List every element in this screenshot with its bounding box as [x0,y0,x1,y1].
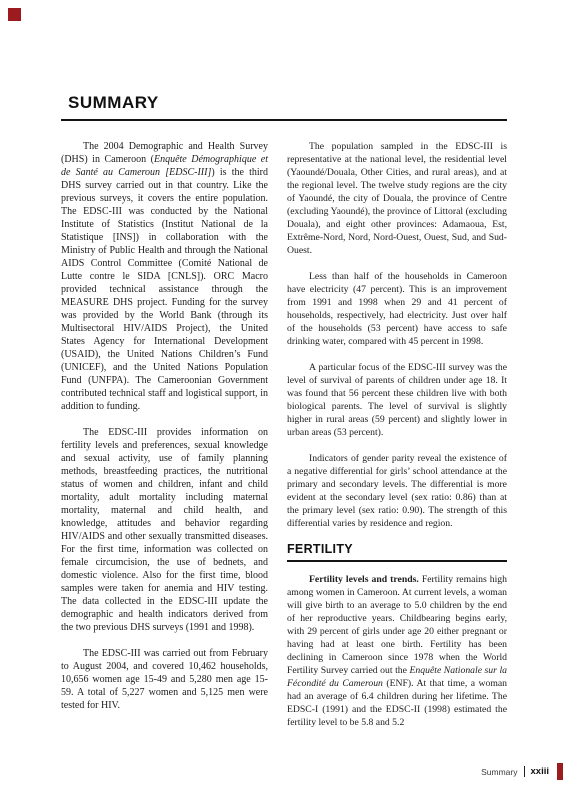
paragraph: The EDSC-III was carried out from Februa… [61,647,268,712]
fertility-section-body: Fertility levels and trends. Fertility r… [287,573,507,729]
paragraph: The 2004 Demographic and Health Survey (… [61,140,268,413]
text-run: The population sampled in the EDSC-III i… [287,141,507,256]
text-run: The EDSC-III was carried out from Februa… [61,648,268,711]
text-run: The EDSC-III provides information on fer… [61,427,268,633]
two-column-body: The 2004 Demographic and Health Survey (… [61,140,507,742]
text-run: Fertility remains high among women in Ca… [287,574,507,676]
text-run: ) is the third DHS survey carried out in… [61,167,268,412]
paragraph: The population sampled in the EDSC-III i… [287,140,507,257]
right-column: The population sampled in the EDSC-III i… [287,140,507,742]
text-run: Less than half of the households in Came… [287,271,507,347]
footer-accent-bar [557,763,563,780]
bold-text-run: Fertility levels and trends. [309,574,419,585]
paragraph: The EDSC-III provides information on fer… [61,426,268,634]
title-rule [61,119,507,121]
fertility-section-rule [287,560,507,562]
text-run: A particular focus of the EDSC-III surve… [287,362,507,438]
page-corner-mark [8,8,21,21]
footer-separator [524,766,525,777]
paragraph: A particular focus of the EDSC-III surve… [287,361,507,439]
footer-section-label: Summary [481,767,517,777]
fertility-section-heading: FERTILITY [287,543,507,556]
paragraph: Less than half of the households in Came… [287,270,507,348]
left-column: The 2004 Demographic and Health Survey (… [61,140,268,742]
page-title: SUMMARY [61,94,507,111]
paragraph: Indicators of gender parity reveal the e… [287,452,507,530]
text-run: Indicators of gender parity reveal the e… [287,453,507,529]
footer-page-number: xxiii [531,766,550,777]
page-header: SUMMARY [61,94,507,121]
document-page: SUMMARY The 2004 Demographic and Health … [0,0,576,804]
page-footer: Summary xxiii [481,763,563,780]
paragraph: Fertility levels and trends. Fertility r… [287,573,507,729]
right-column-intro: The population sampled in the EDSC-III i… [287,140,507,530]
